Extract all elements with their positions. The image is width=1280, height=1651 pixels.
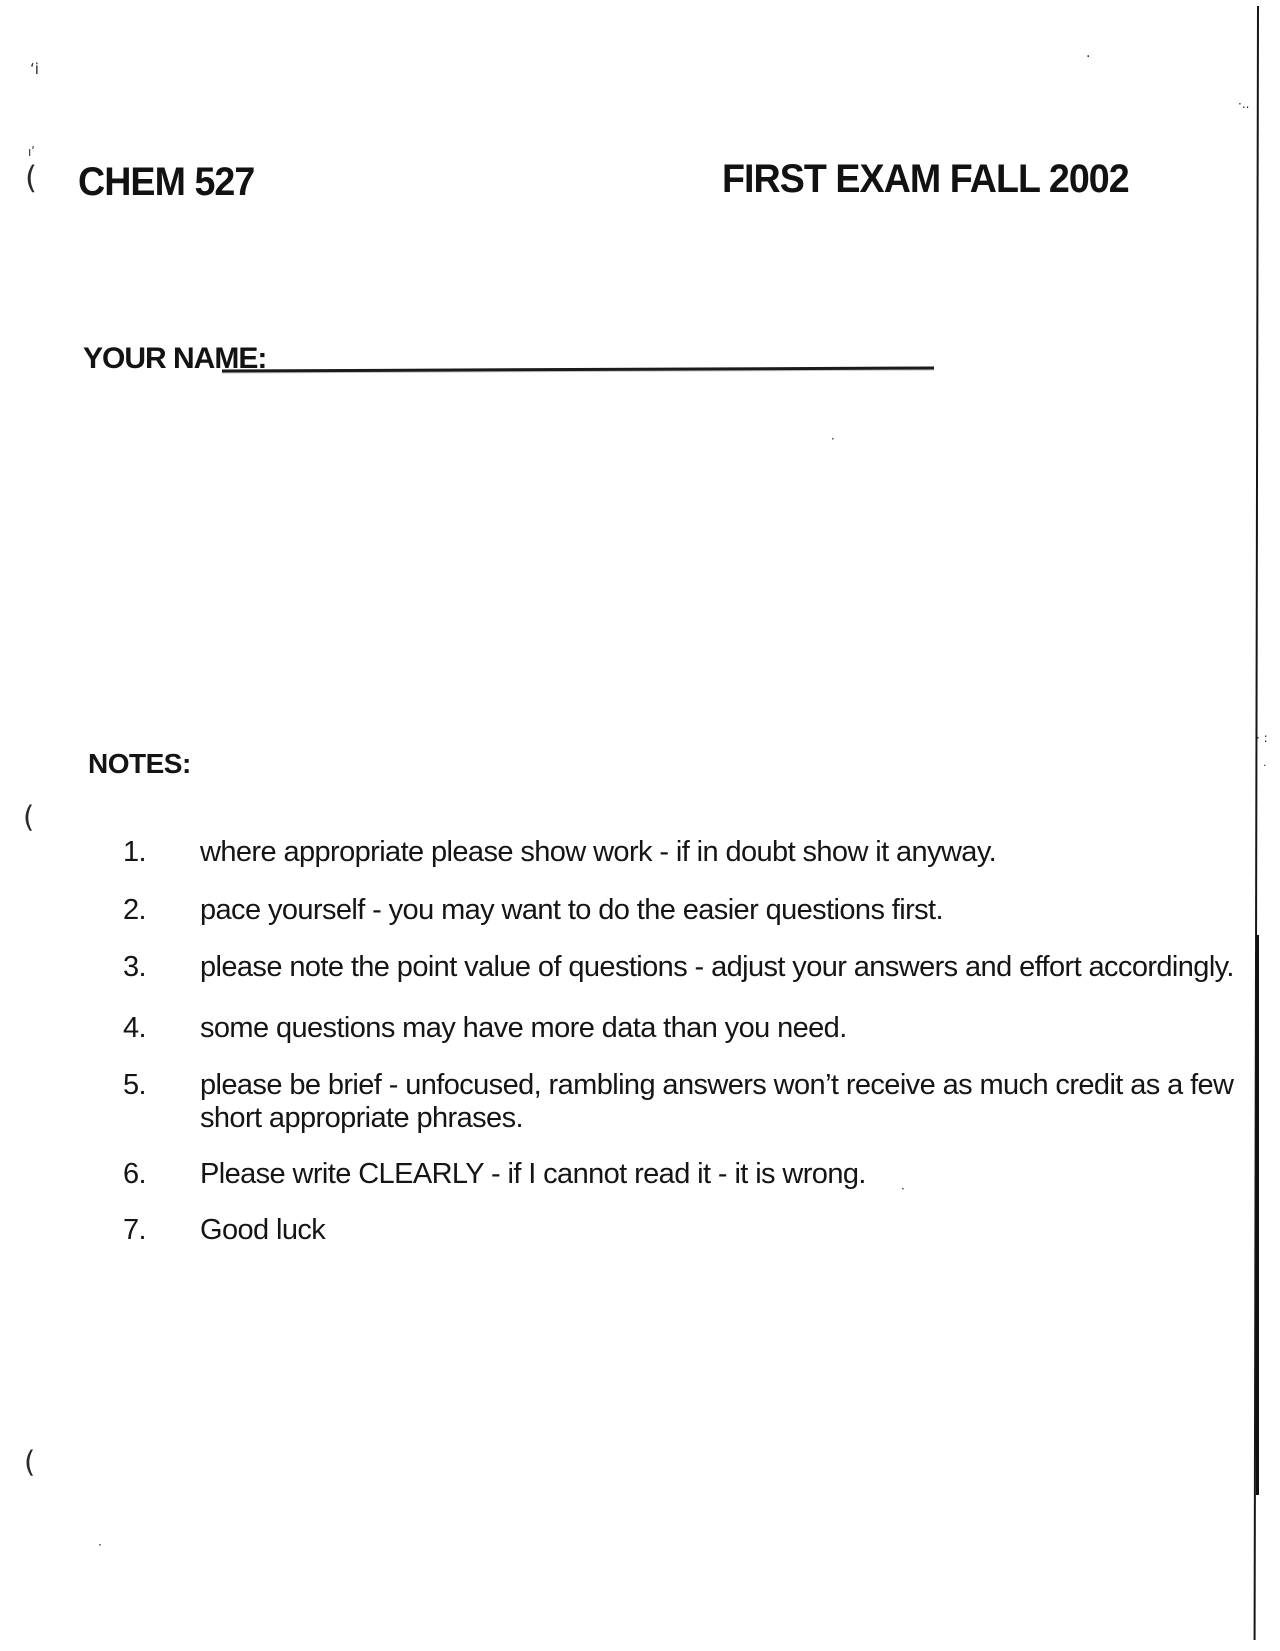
- scan-artifact: · :: [1256, 732, 1268, 744]
- note-number: 5.: [123, 1069, 200, 1102]
- note-number: 4.: [123, 1012, 200, 1045]
- scan-artifact: ·: [1086, 50, 1090, 64]
- scan-artifact: ·: [1263, 760, 1267, 771]
- note-text-line-1: please be brief - unfocused, rambling an…: [200, 1069, 1233, 1102]
- notes-heading: NOTES:: [88, 748, 191, 780]
- scanned-exam-page: CHEM 527 FIRST EXAM FALL 2002 YOUR NAME:…: [0, 0, 1280, 1651]
- note-item-4: 4. some questions may have more data tha…: [123, 1012, 847, 1045]
- note-text: some questions may have more data than y…: [200, 1012, 847, 1045]
- scan-artifact: ·: [98, 1539, 102, 1551]
- scan-artifact: ʻi: [30, 62, 39, 77]
- exam-title: FIRST EXAM FALL 2002: [722, 157, 1129, 202]
- note-item-1: 1. where appropriate please show work - …: [123, 836, 996, 869]
- course-title: CHEM 527: [78, 160, 254, 205]
- note-text: Good luck: [200, 1214, 325, 1247]
- scan-artifact: ·: [901, 1183, 905, 1195]
- note-number: 1.: [123, 836, 200, 869]
- note-text: pace yourself - you may want to do the e…: [200, 894, 943, 927]
- note-item-6: 6. Please write CLEARLY - if I cannot re…: [123, 1158, 866, 1191]
- scan-artifact: ıʹ: [28, 146, 35, 158]
- note-item-7: 7. Good luck: [123, 1214, 325, 1247]
- scan-artifact: (: [23, 803, 34, 832]
- scan-artifact: ·..: [1238, 98, 1249, 110]
- name-blank-line: [222, 366, 934, 372]
- note-text: Please write CLEARLY - if I cannot read …: [200, 1158, 866, 1191]
- note-number: 7.: [123, 1214, 200, 1247]
- note-item-5: 5. please be brief - unfocused, rambling…: [123, 1069, 1233, 1135]
- note-number: 2.: [123, 894, 200, 927]
- note-text: please note the point value of questions…: [200, 951, 1234, 984]
- note-item-2: 2. pace yourself - you may want to do th…: [123, 894, 943, 927]
- note-text: please be brief - unfocused, rambling an…: [200, 1069, 1233, 1135]
- note-number: 6.: [123, 1158, 200, 1191]
- scan-edge-line-thick: [1256, 935, 1259, 1495]
- scan-artifact: (: [24, 1448, 35, 1477]
- note-item-3: 3. please note the point value of questi…: [123, 951, 1234, 984]
- note-text: where appropriate please show work - if …: [200, 836, 996, 869]
- scan-artifact: (: [25, 163, 37, 194]
- note-text-line-2: short appropriate phrases.: [200, 1102, 1233, 1135]
- scan-artifact: ·: [831, 433, 835, 445]
- note-number: 3.: [123, 951, 200, 984]
